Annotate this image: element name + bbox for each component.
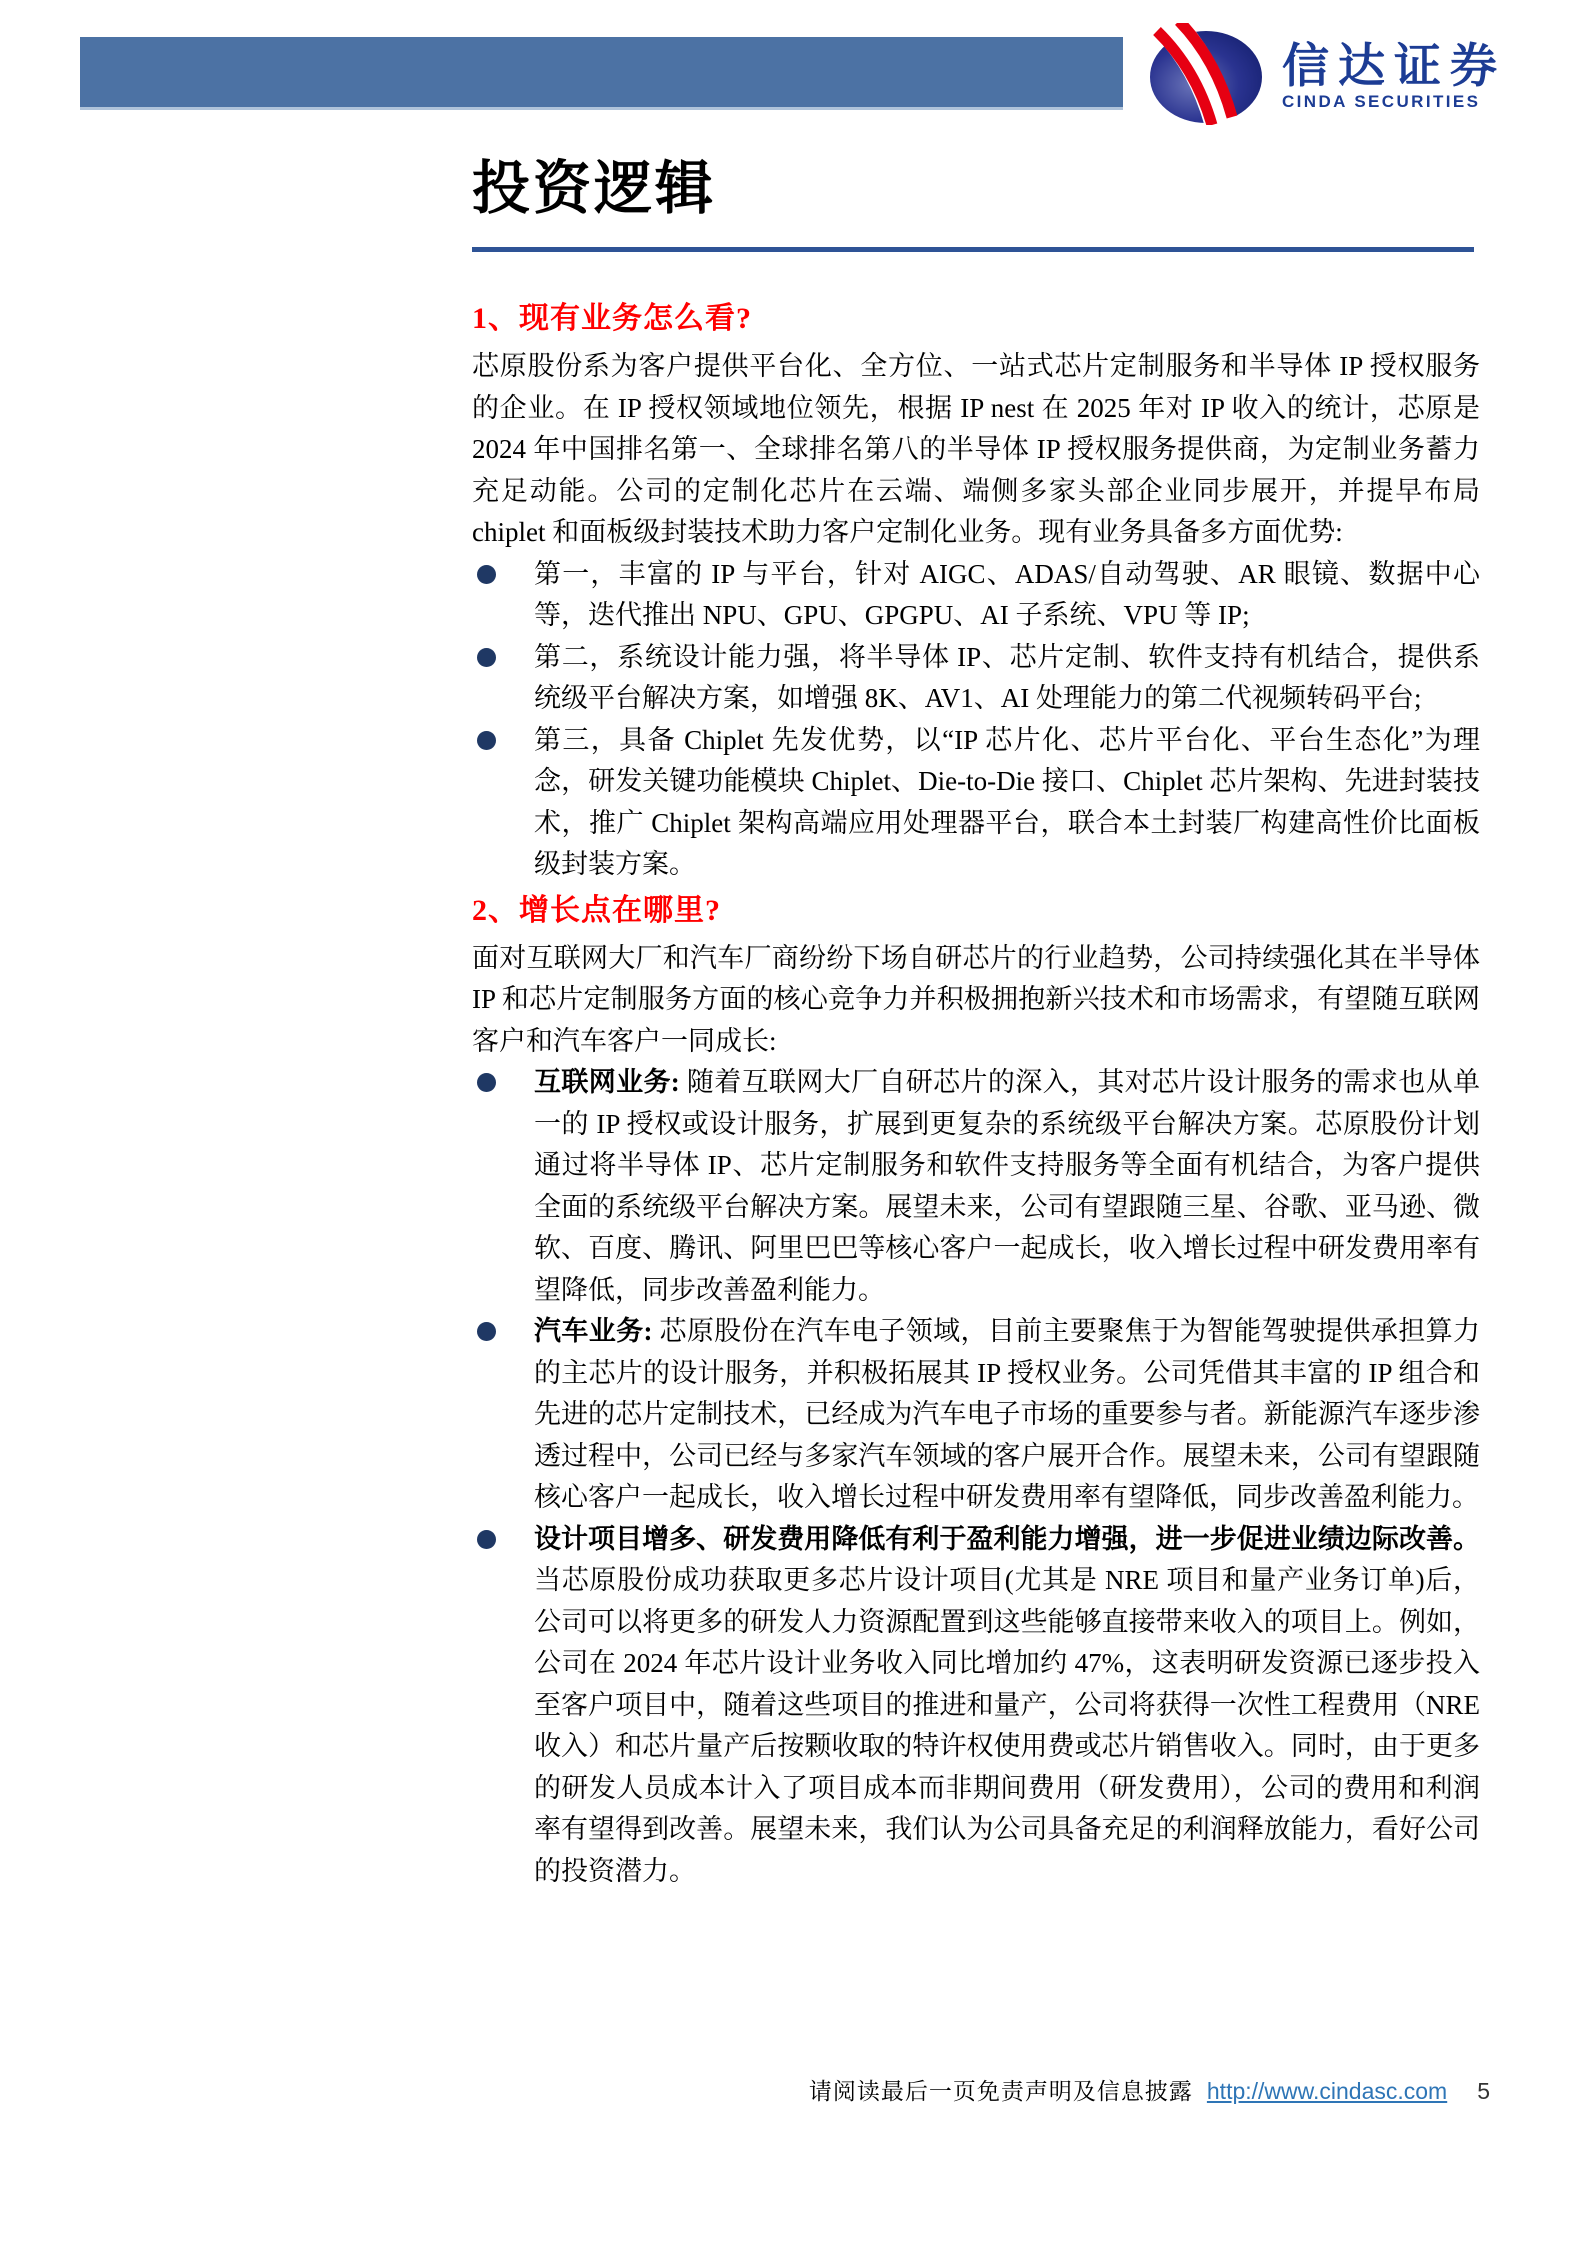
footer-disclaimer: 请阅读最后一页免责声明及信息披露 [809, 2077, 1193, 2107]
logo-name-en: CINDA SECURITIES [1282, 92, 1506, 112]
bullet-text: 当芯原股份成功获取更多芯片设计项目(尤其是 NRE 项目和量产业务订单)后，公司… [534, 1565, 1480, 1886]
bullet-dot-icon [477, 1530, 496, 1549]
bullet-lead: 设计项目增多、研发费用降低有利于盈利能力增强，进一步促进业绩边际改善。 [534, 1524, 1480, 1554]
page-title: 投资逻辑 [472, 150, 716, 228]
bullet-text: 第二，系统设计能力强，将半导体 IP、芯片定制、软件支持有机结合，提供系统级平台… [534, 642, 1480, 714]
report-body: 1、现有业务怎么看? 芯原股份系为客户提供平台化、全方位、一站式芯片定制服务和半… [472, 300, 1480, 1892]
page-number: 5 [1477, 2076, 1490, 2106]
title-divider [472, 247, 1474, 252]
section-intro: 面对互联网大厂和汽车厂商纷纷下场自研芯片的行业趋势，公司持续强化其在半导体 IP… [472, 938, 1480, 1063]
bullet-text: 第三，具备 Chiplet 先发优势，以“IP 芯片化、芯片平台化、平台生态化”… [534, 725, 1480, 880]
bullet-dot-icon [477, 648, 496, 667]
section-heading: 2、增长点在哪里? [472, 892, 1480, 930]
footer-website-link[interactable]: http://www.cindasc.com [1207, 2076, 1447, 2106]
bullet-item-design-projects: 设计项目增多、研发费用降低有利于盈利能力增强，进一步促进业绩边际改善。当芯原股份… [472, 1519, 1480, 1893]
section-growth-points: 2、增长点在哪里? 面对互联网大厂和汽车厂商纷纷下场自研芯片的行业趋势，公司持续… [472, 892, 1480, 1893]
bullet-dot-icon [477, 565, 496, 584]
section-existing-business: 1、现有业务怎么看? 芯原股份系为客户提供平台化、全方位、一站式芯片定制服务和半… [472, 300, 1480, 886]
bullet-dot-icon [477, 1322, 496, 1341]
bullet-item-internet: 互联网业务: 随着互联网大厂自研芯片的深入，其对芯片设计服务的需求也从单一的 I… [472, 1062, 1480, 1311]
header-bar [80, 37, 1123, 110]
section-intro: 芯原股份系为客户提供平台化、全方位、一站式芯片定制服务和半导体 IP 授权服务的… [472, 346, 1480, 554]
bullet-lead: 互联网业务: [534, 1067, 680, 1097]
page-footer: 请阅读最后一页免责声明及信息披露 http://www.cindasc.com … [809, 2076, 1490, 2107]
bullet-item: 第二，系统设计能力强，将半导体 IP、芯片定制、软件支持有机结合，提供系统级平台… [472, 637, 1480, 720]
bullet-text: 芯原股份在汽车电子领域，目前主要聚焦于为智能驾驶提供承担算力的主芯片的设计服务，… [534, 1316, 1480, 1512]
bullet-dot-icon [477, 731, 496, 750]
bullet-item-automotive: 汽车业务: 芯原股份在汽车电子领域，目前主要聚焦于为智能驾驶提供承担算力的主芯片… [472, 1311, 1480, 1519]
bullet-item: 第一，丰富的 IP 与平台，针对 AIGC、ADAS/自动驾驶、AR 眼镜、数据… [472, 554, 1480, 637]
cinda-logo-icon [1146, 23, 1272, 130]
bullet-list: 第一，丰富的 IP 与平台，针对 AIGC、ADAS/自动驾驶、AR 眼镜、数据… [472, 554, 1480, 886]
cinda-logo-text: 信达证券 CINDA SECURITIES [1282, 40, 1506, 112]
bullet-item: 第三，具备 Chiplet 先发优势，以“IP 芯片化、芯片平台化、平台生态化”… [472, 720, 1480, 886]
bullet-text: 第一，丰富的 IP 与平台，针对 AIGC、ADAS/自动驾驶、AR 眼镜、数据… [534, 559, 1480, 631]
bullet-dot-icon [477, 1073, 496, 1092]
section-heading: 1、现有业务怎么看? [472, 300, 1480, 338]
bullet-lead: 汽车业务: [534, 1316, 652, 1346]
bullet-list: 互联网业务: 随着互联网大厂自研芯片的深入，其对芯片设计服务的需求也从单一的 I… [472, 1062, 1480, 1892]
logo-name-cn: 信达证券 [1282, 40, 1506, 92]
bullet-text: 随着互联网大厂自研芯片的深入，其对芯片设计服务的需求也从单一的 IP 授权或设计… [534, 1067, 1480, 1305]
cinda-logo: 信达证券 CINDA SECURITIES [1146, 24, 1506, 128]
